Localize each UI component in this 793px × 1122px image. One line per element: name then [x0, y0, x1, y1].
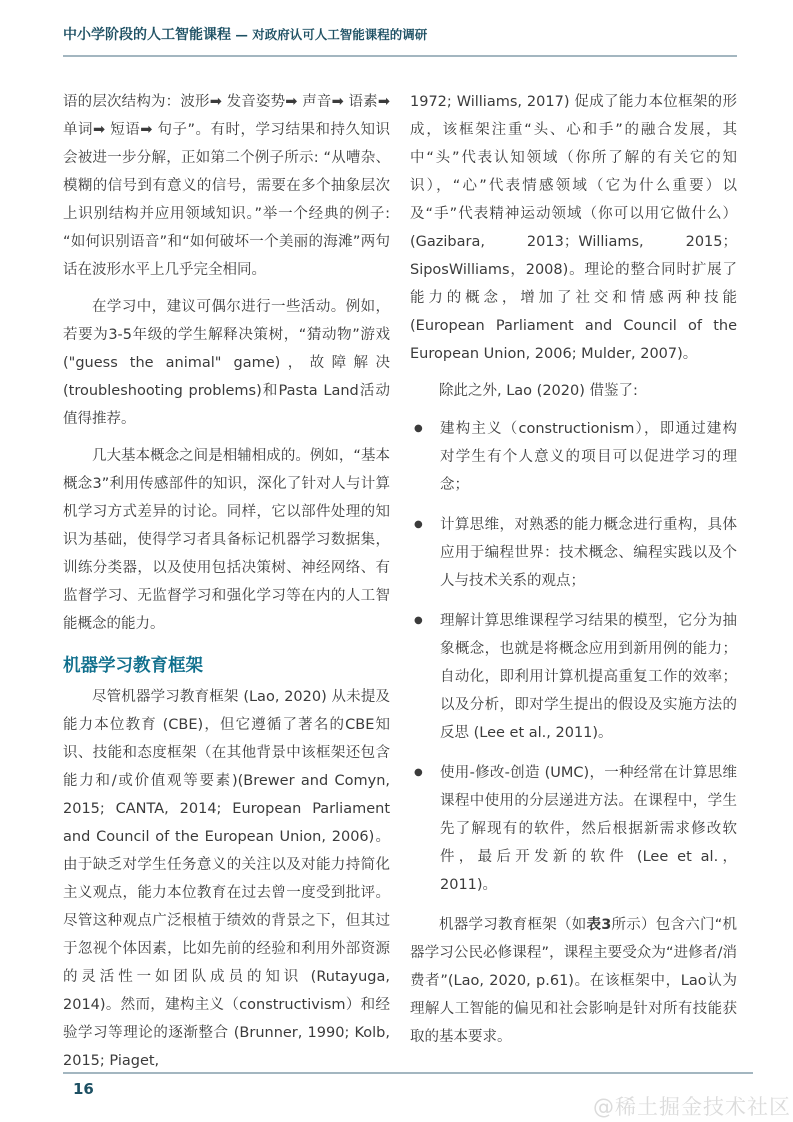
- bullet-item-computational-thinking: ● 计算思维，对熟悉的能力概念进行重构，具体应用于编程世界：技术概念、编程实践以…: [410, 511, 737, 595]
- paragraph-head-heart-hand: 1972; Williams, 2017) 促成了能力本位框架的形成，该框架注重…: [410, 88, 737, 368]
- two-column-body: 语的层次结构为：波形➡ 发音姿势➡ 声音➡ 语素➡ 单词➡ 短语➡ 句子”。有时…: [63, 88, 737, 1075]
- column-right: 1972; Williams, 2017) 促成了能力本位框架的形成，该框架注重…: [410, 88, 737, 1075]
- table-reference: 表3: [586, 917, 611, 933]
- header-title-subtitle: — 对政府认可人工智能课程的调研: [231, 27, 427, 42]
- bullet-list: ● 建构主义（constructionism），即通过建构对学生有个人意义的项目…: [410, 415, 737, 899]
- closing-text-pre: 机器学习教育框架（如: [439, 917, 586, 933]
- paragraph-speech-hierarchy: 语的层次结构为：波形➡ 发音姿势➡ 声音➡ 语素➡ 单词➡ 短语➡ 句子”。有时…: [63, 88, 390, 284]
- page-header: 中小学阶段的人工智能课程 — 对政府认可人工智能课程的调研: [63, 24, 737, 57]
- bullet-icon: ●: [410, 415, 440, 499]
- bullet-item-constructionism: ● 建构主义（constructionism），即通过建构对学生有个人意义的项目…: [410, 415, 737, 499]
- paragraph-cbe-framework: 尽管机器学习教育框架 (Lao, 2020) 从未提及能力本位教育 (CBE)，…: [63, 683, 390, 1075]
- paragraph-ml-framework-courses: 机器学习教育框架（如表3所示）包含六门“机器学习公民必修课程”，课程主要受众为“…: [410, 911, 737, 1051]
- bullet-text: 计算思维，对熟悉的能力概念进行重构，具体应用于编程世界：技术概念、编程实践以及个…: [440, 511, 737, 595]
- paragraph-activities: 在学习中，建议可偶尔进行一些活动。例如，若要为3-5年级的学生解释决策树，“猜动…: [63, 293, 390, 433]
- section-heading: 机器学习教育框架: [63, 652, 390, 677]
- bullet-icon: ●: [410, 607, 440, 747]
- bullet-text: 建构主义（constructionism），即通过建构对学生有个人意义的项目可以…: [440, 415, 737, 499]
- bullet-item-learning-outcomes-model: ● 理解计算思维课程学习结果的模型，它分为抽象概念，也就是将概念应用到新用例的能…: [410, 607, 737, 747]
- closing-text-post: 所示）包含六门“机器学习公民必修课程”，课程主要受众为“进修者/消费者”(Lao…: [410, 917, 737, 1045]
- paragraph-lao-intro: 除此之外, Lao (2020) 借鉴了:: [410, 377, 737, 405]
- header-title-main: 中小学阶段的人工智能课程: [63, 27, 231, 43]
- document-page: 中小学阶段的人工智能课程 — 对政府认可人工智能课程的调研 语的层次结构为：波形…: [0, 0, 793, 1122]
- bullet-icon: ●: [410, 511, 440, 595]
- paragraph-basic-concepts: 几大基本概念之间是相辅相成的。例如，“基本概念3”利用传感部件的知识，深化了针对…: [63, 442, 390, 638]
- column-left: 语的层次结构为：波形➡ 发音姿势➡ 声音➡ 语素➡ 单词➡ 短语➡ 句子”。有时…: [63, 88, 390, 1075]
- bullet-item-umc: ● 使用-修改-创造 (UMC)，一种经常在计算思维课程中使用的分层递进方法。在…: [410, 759, 737, 899]
- watermark: @稀土掘金技术社区: [593, 1091, 791, 1121]
- bullet-text: 理解计算思维课程学习结果的模型，它分为抽象概念，也就是将概念应用到新用例的能力；…: [440, 607, 737, 747]
- bullet-text: 使用-修改-创造 (UMC)，一种经常在计算思维课程中使用的分层递进方法。在课程…: [440, 759, 737, 899]
- bullet-icon: ●: [410, 759, 440, 899]
